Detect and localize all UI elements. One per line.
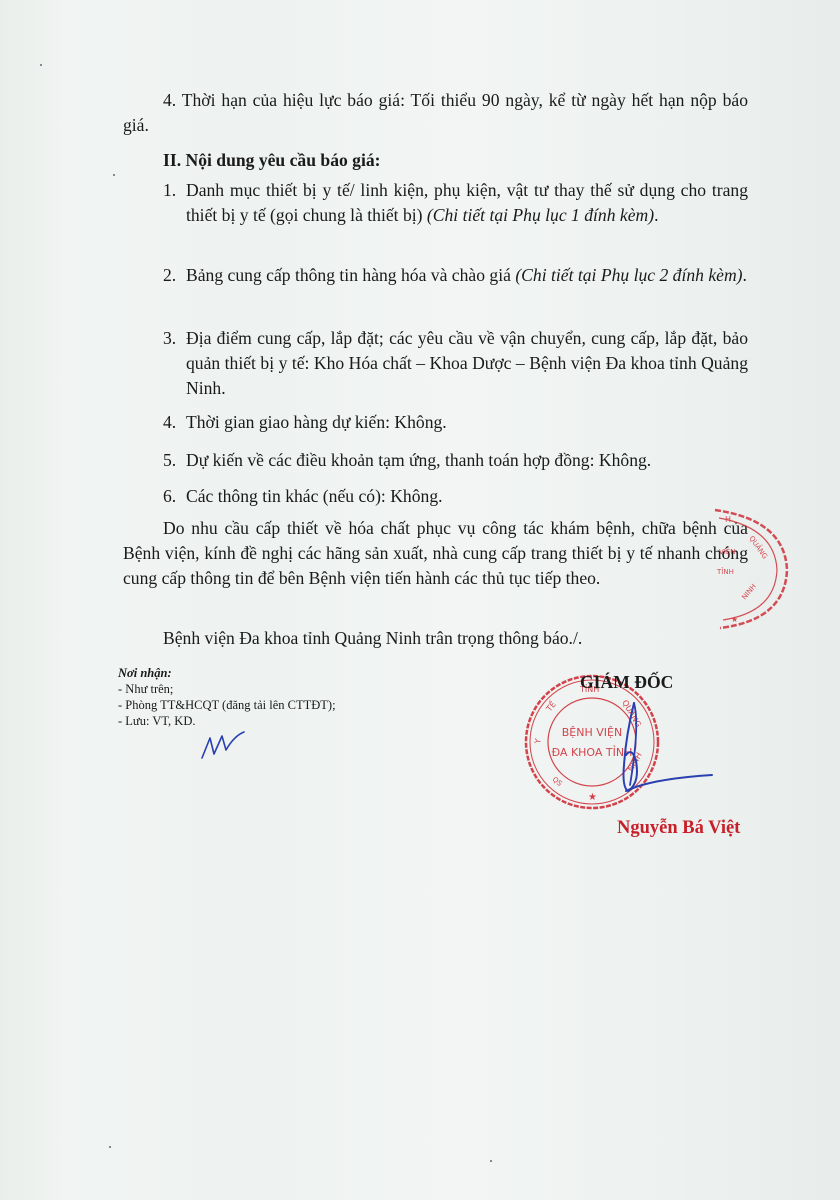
director-title: GIÁM ĐỐC	[580, 672, 673, 693]
recipient-line: - Như trên;	[118, 681, 336, 697]
list-item-number: 1.	[163, 178, 185, 203]
recipients-title: Nơi nhận:	[118, 665, 336, 681]
list-item-text: Địa điểm cung cấp, lắp đặt; các yêu cầu …	[186, 326, 748, 401]
list-item: 2. Bảng cung cấp thông tin hàng hóa và c…	[163, 263, 748, 288]
svg-text:Y: Y	[533, 738, 543, 745]
list-item: 4. Thời gian giao hàng dự kiến: Không.	[163, 410, 748, 435]
signature-icon	[600, 695, 720, 805]
list-item-text: Bảng cung cấp thông tin hàng hóa và chào…	[186, 263, 748, 288]
list-item-text: Các thông tin khác (nếu có): Không.	[186, 484, 748, 509]
recipient-line: - Lưu: VT, KD.	[118, 713, 336, 729]
list-item-number: 6.	[163, 484, 185, 509]
edge-seal-icon: H QUẢNG VIỆN TỈNH NINH ★	[705, 500, 795, 635]
scan-speck	[113, 174, 115, 176]
list-item: 6. Các thông tin khác (nếu có): Không.	[163, 484, 748, 509]
svg-text:QS: QS	[551, 775, 564, 788]
list-item-text: Danh mục thiết bị y tế/ linh kiện, phụ k…	[186, 178, 748, 228]
list-item-number: 5.	[163, 448, 185, 473]
list-item-number: 2.	[163, 263, 185, 288]
signer-name: Nguyễn Bá Việt	[617, 818, 740, 839]
svg-text:★: ★	[588, 792, 597, 803]
list-item-text: Dự kiến về các điều khoản tạm ứng, thanh…	[186, 448, 748, 473]
initials-icon	[198, 728, 248, 762]
svg-text:TẾ: TẾ	[542, 698, 558, 714]
closing-paragraph: Do nhu cầu cấp thiết về hóa chất phục vụ…	[123, 516, 748, 591]
scan-speck	[109, 1146, 111, 1148]
list-item: 3. Địa điểm cung cấp, lắp đặt; các yêu c…	[163, 326, 748, 401]
scan-speck	[40, 64, 42, 66]
svg-text:VIỆN: VIỆN	[719, 547, 736, 556]
list-item: 1. Danh mục thiết bị y tế/ linh kiện, ph…	[163, 178, 748, 228]
svg-text:QUẢNG: QUẢNG	[747, 534, 769, 561]
document-page: 4. Thời hạn của hiệu lực báo giá: Tối th…	[0, 0, 840, 1200]
list-item-text: Thời gian giao hàng dự kiến: Không.	[186, 410, 748, 435]
list-item: 5. Dự kiến về các điều khoản tạm ứng, th…	[163, 448, 748, 473]
recipients-block: Nơi nhận: - Như trên; - Phòng TT&HCQT (đ…	[118, 665, 336, 729]
svg-text:H: H	[725, 515, 731, 524]
notice-line: Bệnh viện Đa khoa tỉnh Quảng Ninh trân t…	[163, 628, 582, 649]
scan-speck	[490, 1160, 492, 1162]
svg-text:★: ★	[731, 615, 738, 624]
section-ii-heading: II. Nội dung yêu cầu báo giá:	[163, 150, 381, 171]
svg-text:NINH: NINH	[740, 582, 758, 601]
svg-text:TỈNH: TỈNH	[716, 567, 734, 576]
quote-validity-paragraph: 4. Thời hạn của hiệu lực báo giá: Tối th…	[123, 88, 748, 138]
list-item-number: 4.	[163, 410, 185, 435]
list-item-number: 3.	[163, 326, 185, 351]
recipient-line: - Phòng TT&HCQT (đăng tải lên CTTĐT);	[118, 697, 336, 713]
